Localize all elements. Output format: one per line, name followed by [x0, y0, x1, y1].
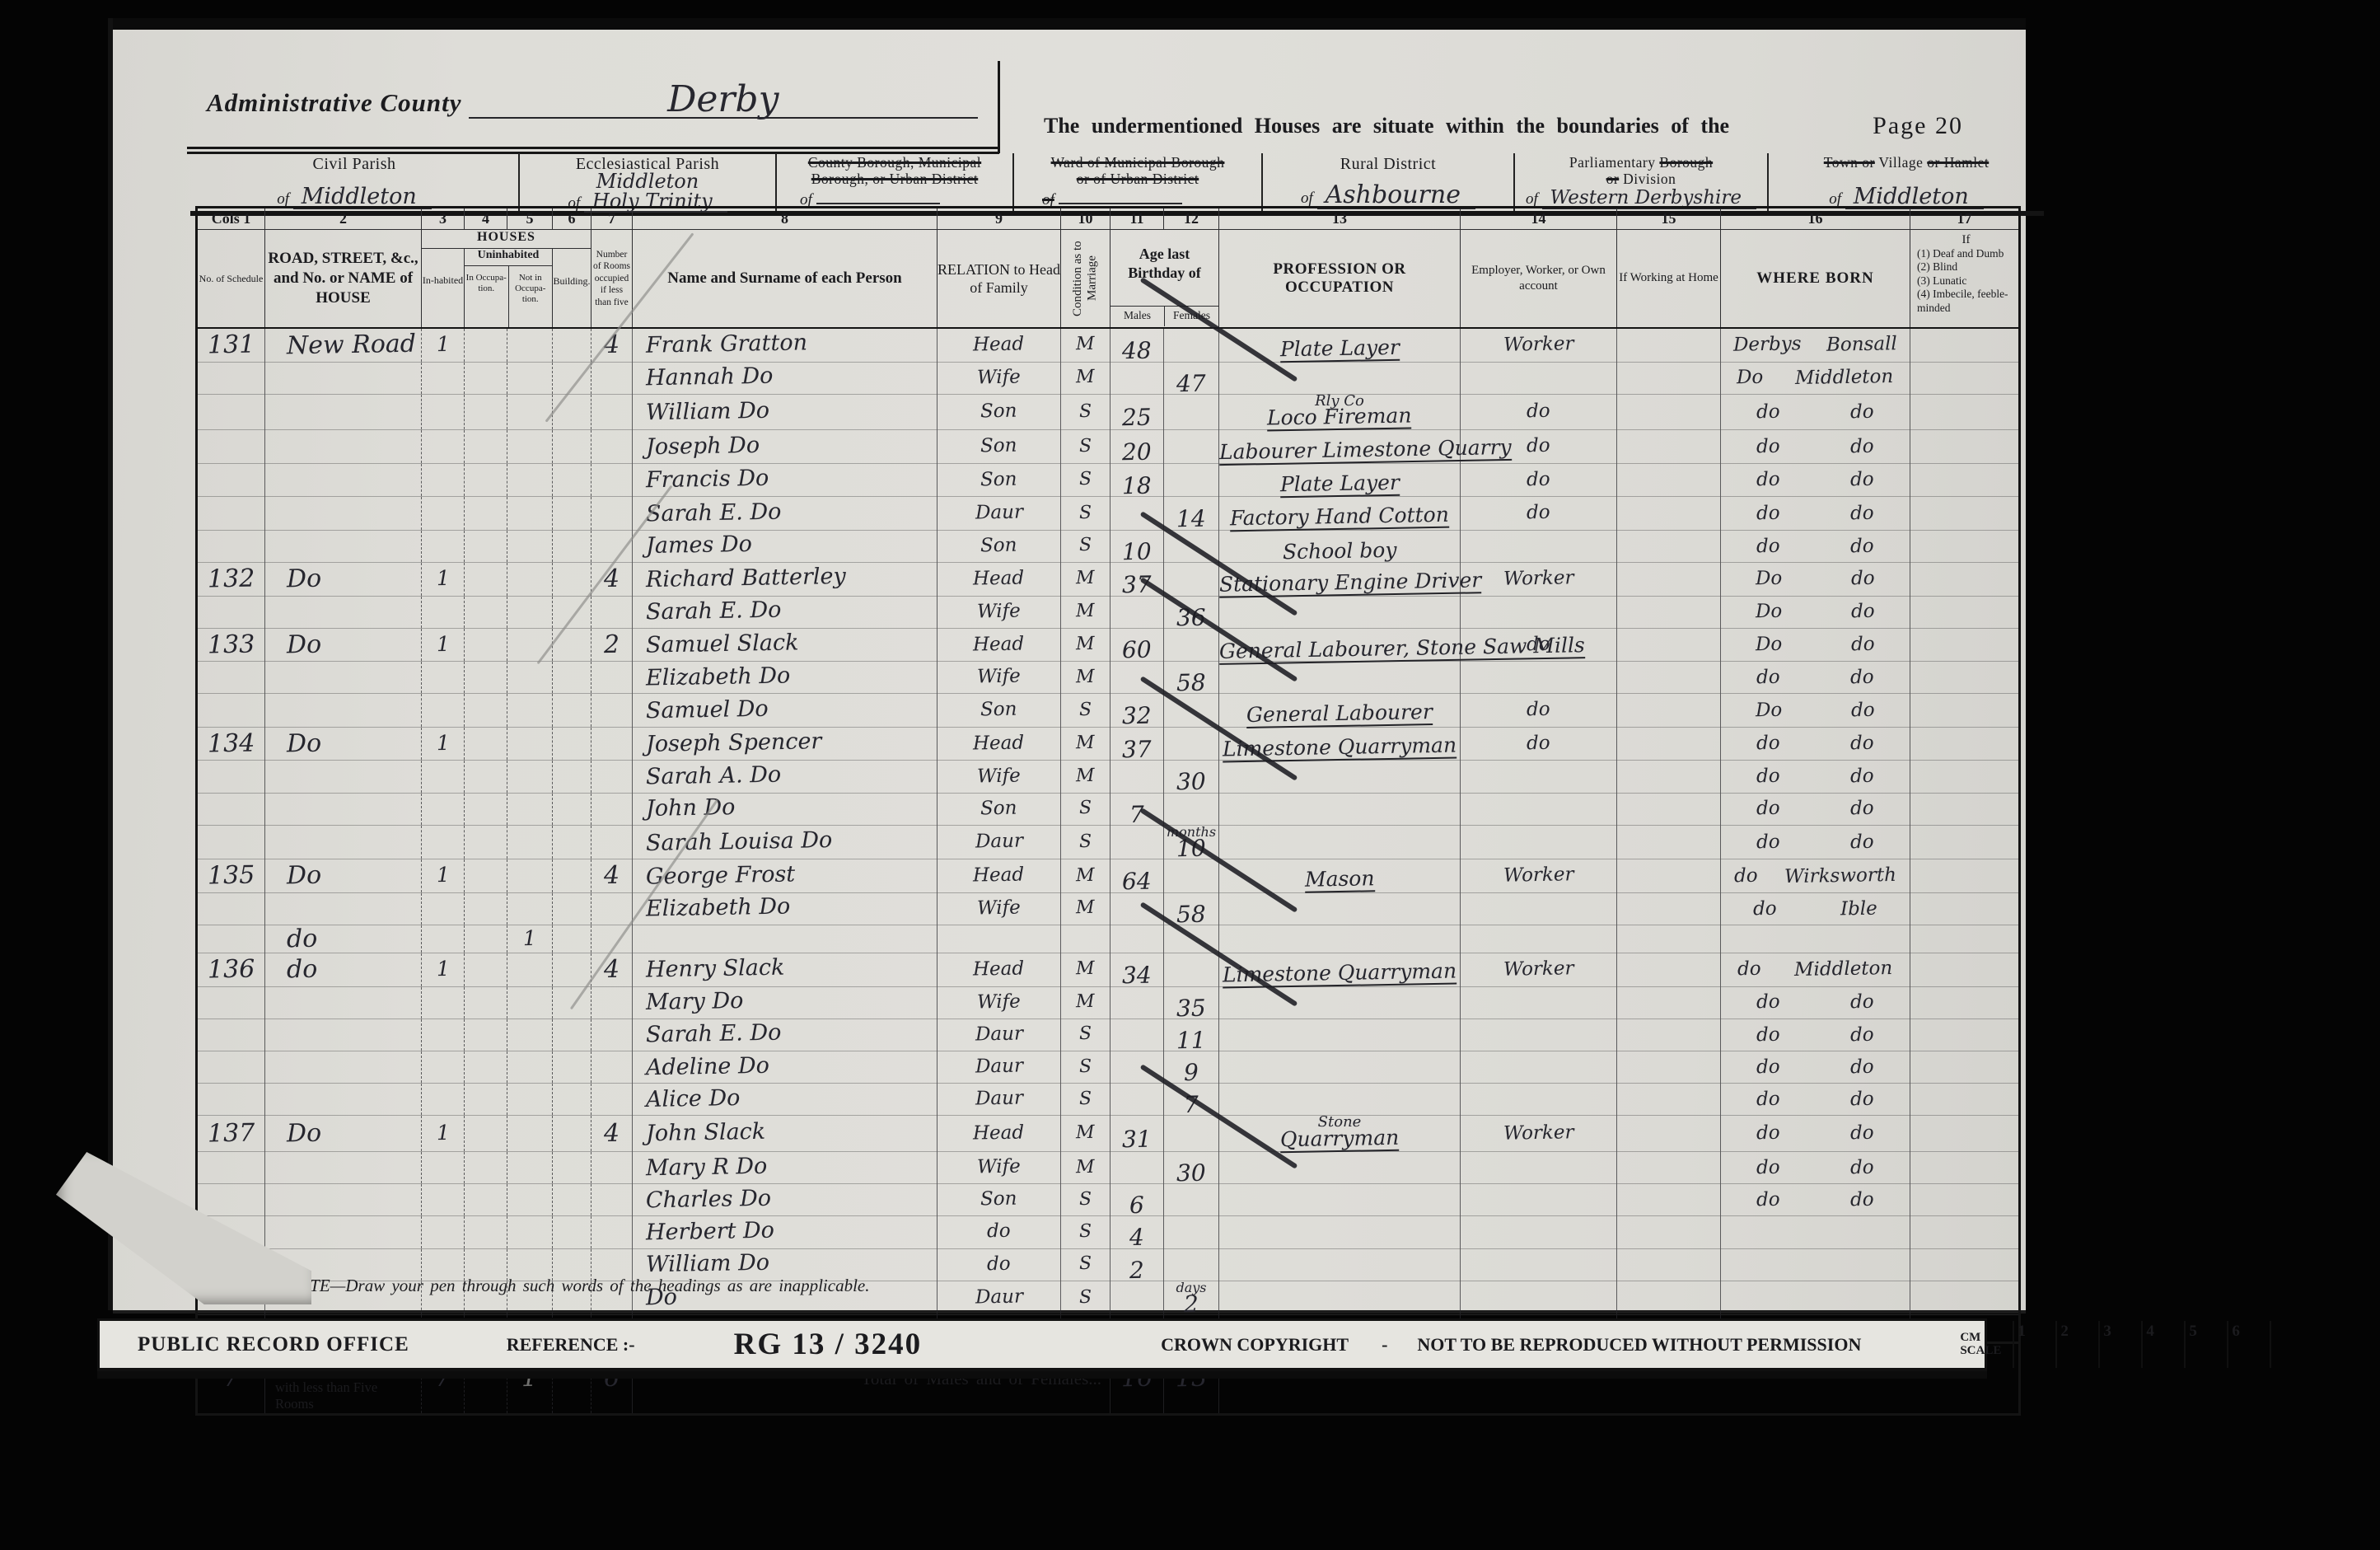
- cell-occupation: [1219, 925, 1461, 953]
- cell-condition: S: [1061, 430, 1111, 464]
- cell-road: [265, 1084, 422, 1116]
- infirmity-item: (2) Blind: [1917, 260, 2015, 274]
- cell-age-female: [1164, 1216, 1219, 1248]
- header-age-group: Age last Birthday of Males Females: [1111, 230, 1219, 329]
- cell-working-home: [1617, 530, 1721, 562]
- table-row: Francis Do Son S 18 Plate Layer do dodo: [197, 463, 2020, 497]
- cell-uninhabited-not-occupation: [507, 394, 553, 430]
- cell-rooms: [591, 497, 633, 531]
- cell-where-born: dodo: [1721, 727, 1910, 761]
- table-row: Adeline Do Daur S 9 dodo: [197, 1051, 2020, 1083]
- table-row: Mary R Do Wife M 30 dodo: [197, 1152, 2020, 1184]
- cell-infirmity: [1910, 328, 2020, 362]
- cell-condition: M: [1061, 986, 1111, 1019]
- cell-working-home: [1617, 1116, 1721, 1152]
- cell-uninhabited-not-occupation: [507, 497, 553, 531]
- reference-number: RG 13 / 3240: [734, 1327, 923, 1362]
- cell-infirmity: [1910, 662, 2020, 694]
- cell-relation: Son: [938, 430, 1061, 464]
- column-numbers-row: Cols 1 2 3 4 5 6 7 8 9 10 11 12 13 14 15…: [197, 208, 2020, 230]
- column-headers-row: No. of Schedule ROAD, STREET, &c., and N…: [197, 230, 2020, 329]
- cell-uninhabited-in-occupation: [465, 986, 507, 1019]
- cell-employer: do: [1461, 497, 1617, 531]
- cell-where-born: Dodo: [1721, 694, 1910, 728]
- cell-age-female: [1164, 727, 1219, 761]
- cell-uninhabited-not-occupation: [507, 953, 553, 987]
- cell-name: [633, 925, 938, 953]
- cell-schedule-no: [197, 761, 265, 793]
- cell-rooms: [591, 1184, 633, 1216]
- table-row: Sarah Louisa Do Daur S months10 dodo: [197, 825, 2020, 859]
- cell-inhabited: [422, 596, 465, 628]
- cell-condition: S: [1061, 1281, 1111, 1315]
- cell-employer: [1461, 1248, 1617, 1281]
- cell-occupation: [1219, 1152, 1461, 1184]
- cell-relation: Daur: [938, 1019, 1061, 1051]
- cell-age-male: 10: [1111, 530, 1164, 562]
- header-uninhabited: Uninhabited: [465, 249, 552, 266]
- cell-inhabited: [422, 394, 465, 430]
- cell-schedule-no: [197, 530, 265, 562]
- cell-relation: Son: [938, 463, 1061, 497]
- cell-condition: S: [1061, 463, 1111, 497]
- vertical-rule: [998, 61, 1000, 153]
- census-table: Cols 1 2 3 4 5 6 7 8 9 10 11 12 13 14 15…: [195, 206, 2021, 1416]
- cell-condition: M: [1061, 1116, 1111, 1152]
- col-num: 8: [633, 208, 938, 230]
- cell-infirmity: [1910, 430, 2020, 464]
- cell-road: do: [265, 925, 422, 953]
- cell-inhabited: [422, 1051, 465, 1083]
- header-profession: PROFESSION OR OCCUPATION: [1219, 230, 1461, 329]
- cell-working-home: [1617, 986, 1721, 1019]
- cell-relation: Wife: [938, 892, 1061, 925]
- cell-building: [553, 986, 591, 1019]
- scale-tick: 5: [2184, 1321, 2227, 1368]
- cell-infirmity: [1910, 1051, 2020, 1083]
- cell-relation: Daur: [938, 497, 1061, 531]
- cell-where-born: dodo: [1721, 1084, 1910, 1116]
- crown-copyright-label: CROWN COPYRIGHT: [1161, 1334, 1349, 1356]
- cell-uninhabited-in-occupation: [465, 1051, 507, 1083]
- cell-age-female: [1164, 793, 1219, 825]
- cell-age-male: [1111, 986, 1164, 1019]
- cell-where-born: dodo: [1721, 761, 1910, 793]
- cell-rooms: [591, 825, 633, 859]
- page-number: Page 20: [1873, 112, 1963, 140]
- cell-working-home: [1617, 825, 1721, 859]
- cell-relation: Wife: [938, 761, 1061, 793]
- cell-uninhabited-not-occupation: [507, 1216, 553, 1248]
- cell-uninhabited-in-occupation: [465, 1184, 507, 1216]
- cell-schedule-no: [197, 825, 265, 859]
- cell-building: [553, 1084, 591, 1116]
- cell-occupation: Limestone Quarryman: [1219, 727, 1461, 761]
- cell-age-male: 34: [1111, 953, 1164, 987]
- header-road-street: ROAD, STREET, &c., and No. or NAME of HO…: [265, 230, 422, 329]
- cell-inhabited: [422, 1184, 465, 1216]
- table-row: 132 Do 1 4 Richard Batterley Head M 37 S…: [197, 563, 2020, 597]
- cell-working-home: [1617, 1051, 1721, 1083]
- cell-rooms: [591, 1019, 633, 1051]
- cell-occupation: Rly CoLoco Fireman: [1219, 394, 1461, 430]
- cell-building: [553, 563, 591, 597]
- cell-name: Sarah E. Do: [633, 596, 938, 628]
- cell-relation: [938, 925, 1061, 953]
- parliamentary-label-2: or Division: [1515, 171, 1767, 188]
- cell-working-home: [1617, 892, 1721, 925]
- cell-condition: S: [1061, 694, 1111, 728]
- cell-working-home: [1617, 1084, 1721, 1116]
- cell-where-born: dodo: [1721, 1051, 1910, 1083]
- cell-occupation: Labourer Limestone Quarry: [1219, 430, 1461, 464]
- scale-tick: 4: [2141, 1321, 2184, 1368]
- scale-tick-end: [2270, 1321, 2271, 1368]
- cell-building: [553, 1116, 591, 1152]
- cell-infirmity: [1910, 563, 2020, 597]
- cell-relation: Son: [938, 694, 1061, 728]
- cell-uninhabited-not-occupation: [507, 727, 553, 761]
- header-not-in-occupation: Not in Occupa-tion.: [509, 266, 553, 327]
- cell-name: Joseph Spencer: [633, 727, 938, 761]
- table-row: Elizabeth Do Wife M 58 doIble: [197, 892, 2020, 925]
- infirmity-item: (4) Imbecile, feeble-minded: [1917, 288, 2015, 315]
- cell-uninhabited-in-occupation: [465, 1084, 507, 1116]
- cell-age-female: [1164, 1248, 1219, 1281]
- cell-condition: M: [1061, 727, 1111, 761]
- cell-road: Do: [265, 628, 422, 662]
- cell-uninhabited-not-occupation: [507, 1084, 553, 1116]
- admin-county-line: Administrative County Derby: [187, 82, 978, 119]
- cell-infirmity: [1910, 596, 2020, 628]
- cell-infirmity: [1910, 1152, 2020, 1184]
- cell-condition: S: [1061, 1248, 1111, 1281]
- cell-uninhabited-not-occupation: [507, 662, 553, 694]
- table-row: 136 do 1 4 Henry Slack Head M 34 Limesto…: [197, 953, 2020, 987]
- scanned-census-page: { "page": { "admin_county_label": "Admin…: [0, 0, 2380, 1550]
- cell-name: Henry Slack: [633, 953, 938, 987]
- situate-heading: The undermentioned Houses are situate wi…: [1044, 114, 1933, 138]
- table-row: Joseph Do Son S 20 Labourer Limestone Qu…: [197, 430, 2020, 464]
- table-row: 134 Do 1 Joseph Spencer Head M 37 Limest…: [197, 727, 2020, 761]
- cell-uninhabited-in-occupation: [465, 925, 507, 953]
- cell-infirmity: [1910, 1019, 2020, 1051]
- cell-where-born: dodo: [1721, 1152, 1910, 1184]
- cell-building: [553, 530, 591, 562]
- ward-label-1: Ward of Municipal Borough: [1014, 155, 1261, 171]
- cell-name: Elizabeth Do: [633, 662, 938, 694]
- cell-condition: [1061, 925, 1111, 953]
- cell-employer: [1461, 892, 1617, 925]
- cell-employer: Worker: [1461, 859, 1617, 893]
- cell-building: [553, 328, 591, 362]
- cell-building: [553, 1152, 591, 1184]
- cell-name: Mary Do: [633, 986, 938, 1019]
- cell-condition: M: [1061, 328, 1111, 362]
- cell-road: Do: [265, 1116, 422, 1152]
- cell-working-home: [1617, 1152, 1721, 1184]
- cell-schedule-no: [197, 694, 265, 728]
- cell-condition: S: [1061, 793, 1111, 825]
- cell-building: [553, 925, 591, 953]
- cell-age-female: [1164, 1184, 1219, 1216]
- cell-infirmity: [1910, 1084, 2020, 1116]
- cell-rooms: [591, 362, 633, 394]
- infirmity-item: (1) Deaf and Dumb: [1917, 247, 2015, 260]
- cell-uninhabited-not-occupation: [507, 761, 553, 793]
- cell-condition: M: [1061, 563, 1111, 597]
- cell-infirmity: [1910, 761, 2020, 793]
- cell-employer: [1461, 1084, 1617, 1116]
- cell-uninhabited-not-occupation: [507, 463, 553, 497]
- cell-road: [265, 761, 422, 793]
- cell-road: do: [265, 953, 422, 987]
- cell-age-male: 32: [1111, 694, 1164, 728]
- header-houses: HOUSES: [422, 230, 591, 249]
- cell-schedule-no: [197, 1184, 265, 1216]
- cell-uninhabited-in-occupation: [465, 1116, 507, 1152]
- cell-schedule-no: 134: [197, 727, 265, 761]
- cell-name: Richard Batterley: [633, 563, 938, 597]
- cell-uninhabited-not-occupation: [507, 1051, 553, 1083]
- cell-working-home: [1617, 761, 1721, 793]
- cell-infirmity: [1910, 1216, 2020, 1248]
- cell-condition: M: [1061, 596, 1111, 628]
- cell-relation: Head: [938, 727, 1061, 761]
- cell-uninhabited-in-occupation: [465, 1216, 507, 1248]
- cell-inhabited: [422, 662, 465, 694]
- cell-schedule-no: 131: [197, 328, 265, 362]
- cell-where-born: dodo: [1721, 497, 1910, 531]
- cell-schedule-no: [197, 986, 265, 1019]
- header-in-occupation: In Occupa-tion.: [465, 266, 509, 327]
- header-males: Males: [1111, 307, 1165, 326]
- cell-age-male: [1111, 1084, 1164, 1116]
- cell-name: Charles Do: [633, 1184, 938, 1216]
- cell-infirmity: [1910, 1184, 2020, 1216]
- cell-rooms: 2: [591, 628, 633, 662]
- blank-line: [1059, 188, 1182, 204]
- cell-inhabited: [422, 825, 465, 859]
- cell-age-female: [1164, 463, 1219, 497]
- cell-name: John Do: [633, 793, 938, 825]
- cell-age-female: [1164, 328, 1219, 362]
- cell-occupation: [1219, 1216, 1461, 1248]
- cell-age-female: [1164, 628, 1219, 662]
- table-row: John Do Son S 7 dodo: [197, 793, 2020, 825]
- cell-uninhabited-not-occupation: [507, 1019, 553, 1051]
- cell-uninhabited-in-occupation: [465, 563, 507, 597]
- col-num: 10: [1061, 208, 1111, 230]
- cell-infirmity: [1910, 1281, 2020, 1315]
- cell-where-born: doWirksworth: [1721, 859, 1910, 893]
- cell-uninhabited-in-occupation: [465, 1019, 507, 1051]
- cell-building: [553, 892, 591, 925]
- header-building: Building.: [553, 249, 591, 327]
- civil-parish-label: Civil Parish: [190, 155, 518, 173]
- header-working-at-home: If Working at Home: [1617, 230, 1721, 329]
- cell-uninhabited-not-occupation: [507, 563, 553, 597]
- table-row: Sarah E. Do Wife M 36 Dodo: [197, 596, 2020, 628]
- col-num: 12: [1164, 208, 1219, 230]
- cell-condition: S: [1061, 1019, 1111, 1051]
- cell-inhabited: [422, 362, 465, 394]
- cell-where-born: dodo: [1721, 825, 1910, 859]
- cell-rooms: [591, 727, 633, 761]
- cell-employer: Worker: [1461, 563, 1617, 597]
- cell-name: Sarah A. Do: [633, 761, 938, 793]
- cell-road: [265, 362, 422, 394]
- cell-condition: M: [1061, 1152, 1111, 1184]
- cm-scale-label: CMSCALE: [1960, 1332, 2001, 1358]
- cell-age-male: [1111, 1019, 1164, 1051]
- cell-relation: Wife: [938, 362, 1061, 394]
- cell-inhabited: [422, 694, 465, 728]
- cell-condition: S: [1061, 1084, 1111, 1116]
- cell-age-female: 9: [1164, 1051, 1219, 1083]
- cell-working-home: [1617, 497, 1721, 531]
- scale-tick: 6: [2227, 1321, 2270, 1368]
- cell-rooms: [591, 986, 633, 1019]
- col-num: 2: [265, 208, 422, 230]
- cell-occupation: [1219, 825, 1461, 859]
- cell-road: [265, 1216, 422, 1248]
- col-num: 14: [1461, 208, 1617, 230]
- cell-building: [553, 1019, 591, 1051]
- cell-rooms: [591, 430, 633, 464]
- cell-uninhabited-not-occupation: 1: [507, 925, 553, 953]
- cell-age-female: days2: [1164, 1281, 1219, 1315]
- cell-employer: do: [1461, 727, 1617, 761]
- cell-building: [553, 430, 591, 464]
- col-num: 9: [938, 208, 1061, 230]
- cell-employer: [1461, 1051, 1617, 1083]
- cell-infirmity: [1910, 362, 2020, 394]
- cell-uninhabited-not-occupation: [507, 694, 553, 728]
- cell-where-born: dodo: [1721, 1019, 1910, 1051]
- col-num: 13: [1219, 208, 1461, 230]
- cell-rooms: 4: [591, 859, 633, 893]
- cell-occupation: Plate Layer: [1219, 328, 1461, 362]
- cell-building: [553, 1184, 591, 1216]
- cell-name: Adeline Do: [633, 1051, 938, 1083]
- cell-schedule-no: [197, 662, 265, 694]
- cell-building: [553, 761, 591, 793]
- cell-road: [265, 430, 422, 464]
- cell-infirmity: [1910, 953, 2020, 987]
- cell-name: George Frost: [633, 859, 938, 893]
- cell-inhabited: [422, 1019, 465, 1051]
- cell-age-male: 37: [1111, 727, 1164, 761]
- cell-uninhabited-not-occupation: [507, 1116, 553, 1152]
- cell-relation: Daur: [938, 1084, 1061, 1116]
- cell-occupation: Plate Layer: [1219, 463, 1461, 497]
- cell-infirmity: [1910, 628, 2020, 662]
- cell-name: Alice Do: [633, 1084, 938, 1116]
- col-num: 17: [1910, 208, 2020, 230]
- cell-condition: M: [1061, 662, 1111, 694]
- reference-label: REFERENCE :-: [507, 1334, 635, 1356]
- cell-uninhabited-in-occupation: [465, 497, 507, 531]
- cell-name: Elizabeth Do: [633, 892, 938, 925]
- table-row: Sarah A. Do Wife M 30 dodo: [197, 761, 2020, 793]
- table-row: Elizabeth Do Wife M 58 dodo: [197, 662, 2020, 694]
- cell-schedule-no: 133: [197, 628, 265, 662]
- cell-working-home: [1617, 394, 1721, 430]
- cell-occupation: [1219, 1281, 1461, 1315]
- cell-where-born: doMiddleton: [1721, 953, 1910, 987]
- cell-age-male: 4: [1111, 1216, 1164, 1248]
- cell-age-male: 6: [1111, 1184, 1164, 1216]
- cell-infirmity: [1910, 986, 2020, 1019]
- cell-uninhabited-in-occupation: [465, 859, 507, 893]
- cell-building: [553, 463, 591, 497]
- cell-rooms: 4: [591, 1116, 633, 1152]
- cell-where-born: doIble: [1721, 892, 1910, 925]
- cell-uninhabited-in-occupation: [465, 362, 507, 394]
- cell-schedule-no: 135: [197, 859, 265, 893]
- cell-working-home: [1617, 430, 1721, 464]
- cell-road: [265, 694, 422, 728]
- cell-age-male: [1111, 1152, 1164, 1184]
- cell-age-female: [1164, 394, 1219, 430]
- cell-condition: M: [1061, 761, 1111, 793]
- cell-uninhabited-not-occupation: [507, 430, 553, 464]
- cell-inhabited: [422, 761, 465, 793]
- cell-age-female: [1164, 953, 1219, 987]
- cell-condition: S: [1061, 1216, 1111, 1248]
- cell-occupation: [1219, 1248, 1461, 1281]
- cell-rooms: [591, 1051, 633, 1083]
- cell-working-home: [1617, 727, 1721, 761]
- table-row: William Do Son S 25 Rly CoLoco Fireman d…: [197, 394, 2020, 430]
- cell-schedule-no: [197, 793, 265, 825]
- civil-parish-cell: Civil Parish of Middleton: [190, 153, 520, 211]
- cell-uninhabited-in-occupation: [465, 793, 507, 825]
- col-num: 15: [1617, 208, 1721, 230]
- cell-condition: S: [1061, 497, 1111, 531]
- cell-employer: [1461, 1152, 1617, 1184]
- cell-uninhabited-not-occupation: [507, 596, 553, 628]
- cell-road: [265, 1184, 422, 1216]
- cell-uninhabited-in-occupation: [465, 662, 507, 694]
- header-inhabited: In-habited: [422, 249, 465, 327]
- town-village-label: Town or Village or Hamlet: [1769, 155, 2044, 171]
- cell-infirmity: [1910, 1116, 2020, 1152]
- cell-schedule-no: [197, 430, 265, 464]
- cell-infirmity: [1910, 859, 2020, 893]
- cell-relation: do: [938, 1248, 1061, 1281]
- cell-occupation: Stationary Engine Driver: [1219, 563, 1461, 597]
- cell-age-female: 14: [1164, 497, 1219, 531]
- header-rooms: Number of Rooms occupied if less than fi…: [591, 230, 633, 329]
- cell-working-home: [1617, 1019, 1721, 1051]
- cell-age-male: 20: [1111, 430, 1164, 464]
- cell-relation: Son: [938, 793, 1061, 825]
- cell-age-female: 35: [1164, 986, 1219, 1019]
- cell-uninhabited-in-occupation: [465, 394, 507, 430]
- table-row: 135 Do 1 4 George Frost Head M 64 Mason …: [197, 859, 2020, 893]
- cell-infirmity: [1910, 793, 2020, 825]
- cell-uninhabited-in-occupation: [465, 530, 507, 562]
- cell-rooms: [591, 694, 633, 728]
- cell-rooms: [591, 463, 633, 497]
- cell-uninhabited-in-occupation: [465, 727, 507, 761]
- cell-working-home: [1617, 1281, 1721, 1315]
- cell-condition: S: [1061, 530, 1111, 562]
- cell-uninhabited-not-occupation: [507, 1152, 553, 1184]
- cell-occupation: Limestone Quarryman: [1219, 953, 1461, 987]
